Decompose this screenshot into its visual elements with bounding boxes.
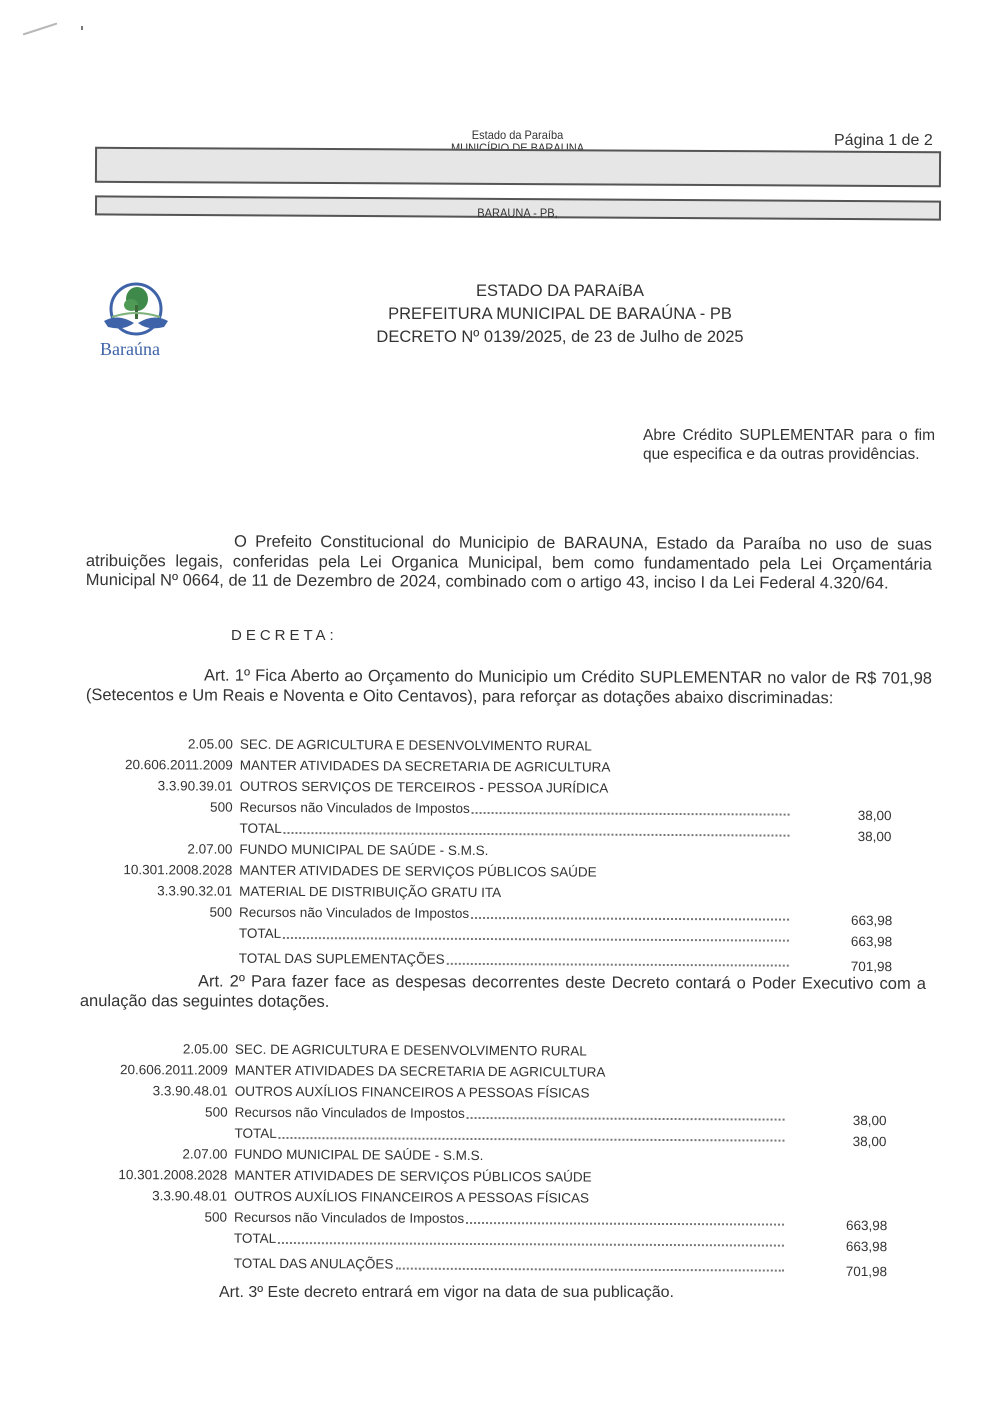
budget-code: 20.606.2011.2009 (120, 1059, 228, 1081)
budget-description: FUNDO MUNICIPAL DE SAÚDE - S.M.S. (234, 1144, 483, 1166)
budget-amount: 663,98 (846, 1236, 886, 1257)
budget-total-line: TOTAL 663,98 (99, 922, 879, 947)
budget-code: 20.606.2011.2009 (125, 754, 233, 776)
budget-code: 500 (204, 1207, 227, 1228)
dot-leader (447, 949, 789, 967)
budget-code: 3.3.90.48.01 (153, 1080, 228, 1101)
budget-description: SEC. DE AGRICULTURA E DESENVOLVIMENTO RU… (235, 1039, 587, 1062)
budget-description: Recursos não Vinculados de Impostos (235, 1102, 785, 1126)
page-indicator: Página 1 de 2 (834, 132, 933, 150)
decreta-heading: DECRETA: (231, 627, 338, 644)
budget-code: 10.301.2008.2028 (118, 1164, 227, 1186)
dot-leader (466, 1208, 784, 1226)
budget-code: 10.301.2008.2028 (123, 859, 232, 881)
budget-description: TOTAL (239, 923, 789, 947)
budget-description: MANTER ATIVIDADES DE SERVIÇOS PÚBLICOS S… (239, 860, 596, 883)
budget-description: OUTROS AUXÍLIOS FINANCEIROS A PESSOAS FÍ… (234, 1186, 589, 1209)
dot-leader (471, 903, 789, 921)
budget-description: MATERIAL DE DISTRIBUIÇÃO GRATU ITA (239, 881, 501, 903)
scan-artifact-mark (23, 22, 58, 35)
dot-leader (472, 798, 790, 816)
budget-total-line: TOTAL DAS SUPLEMENTAÇÕES 701,98 (99, 947, 879, 972)
budget-total-line: TOTAL 663,98 (94, 1227, 874, 1252)
title-decree-number: DECRETO Nº 0139/2025, de 23 de Julho de … (350, 326, 770, 349)
budget-code: 500 (205, 1102, 228, 1123)
budget-description: TOTAL DAS ANULAÇÕES (234, 1253, 784, 1277)
budget-description: MANTER ATIVIDADES DA SECRETARIA DE AGRIC… (235, 1060, 606, 1083)
budget-description: TOTAL (234, 1228, 784, 1252)
budget-description: TOTAL (234, 1123, 784, 1147)
budget-description: Recursos não Vinculados de Impostos (239, 902, 789, 926)
dot-leader (284, 818, 790, 837)
article-3: Art. 3º Este decreto entrará em vigor na… (219, 1284, 674, 1302)
budget-code: 2.07.00 (182, 1143, 227, 1164)
municipal-logo: Baraúna (98, 279, 174, 361)
budget-description: MANTER ATIVIDADES DA SECRETARIA DE AGRIC… (240, 755, 611, 778)
title-state: ESTADO DA PARAíBA (350, 280, 770, 303)
budget-amount: 701,98 (846, 1261, 886, 1282)
budget-code: 2.07.00 (187, 838, 232, 859)
budget-total-line: TOTAL DAS ANULAÇÕES701,98 (94, 1252, 874, 1277)
annulments-table: 2.05.00SEC. DE AGRICULTURA E DESENVOLVIM… (94, 1038, 875, 1277)
budget-description: OUTROS AUXÍLIOS FINANCEIROS A PESSOAS FÍ… (235, 1081, 590, 1104)
budget-code: 500 (210, 797, 233, 818)
budget-code: 3.3.90.48.01 (152, 1185, 227, 1206)
budget-description: Recursos não Vinculados de Impostos (234, 1207, 784, 1231)
budget-description: OUTROS SERVIÇOS DE TERCEIROS - PESSOA JU… (240, 776, 609, 799)
budget-description: MANTER ATIVIDADES DE SERVIÇOS PÚBLICOS S… (234, 1165, 591, 1188)
budget-code: 2.05.00 (183, 1038, 228, 1059)
dot-leader (395, 1254, 784, 1272)
scan-artifact-dot (81, 26, 83, 30)
budget-description: TOTAL (239, 818, 789, 842)
decree-summary: Abre Crédito SUPLEMENTAR para o fim que … (643, 426, 935, 464)
supplements-table: 2.05.00SEC. DE AGRICULTURA E DESENVOLVIM… (99, 733, 880, 972)
budget-amount: 663,98 (851, 931, 891, 952)
budget-code: 3.3.90.32.01 (157, 880, 232, 901)
header-location-text: BARAUNA - PB, (41, 206, 993, 220)
document-title: ESTADO DA PARAíBA PREFEITURA MUNICIPAL D… (350, 280, 770, 349)
budget-description: Recursos não Vinculados de Impostos (240, 797, 790, 821)
article-1: Art. 1º Fica Aberto ao Orçamento do Muni… (86, 666, 932, 709)
budget-description: FUNDO MUNICIPAL DE SAÚDE - S.M.S. (239, 839, 488, 861)
dot-leader (467, 1103, 785, 1121)
article-2: Art. 2º Para fazer face as despesas deco… (80, 972, 926, 1014)
dot-leader (278, 1228, 784, 1247)
budget-code: 2.05.00 (188, 733, 233, 754)
logo-caption: Baraúna (100, 339, 160, 360)
title-prefecture: PREFEITURA MUNICIPAL DE BARAÚNA - PB (350, 303, 770, 326)
header-blank-bar (95, 147, 941, 187)
dot-leader (279, 1123, 785, 1142)
budget-code: 500 (209, 902, 232, 923)
preamble-paragraph: O Prefeito Constitucional do Municipio d… (86, 532, 932, 594)
dot-leader (283, 923, 789, 942)
budget-code: 3.3.90.39.01 (158, 775, 233, 796)
budget-description: TOTAL DAS SUPLEMENTAÇÕES (239, 948, 789, 972)
budget-description: SEC. DE AGRICULTURA E DESENVOLVIMENTO RU… (240, 734, 592, 757)
